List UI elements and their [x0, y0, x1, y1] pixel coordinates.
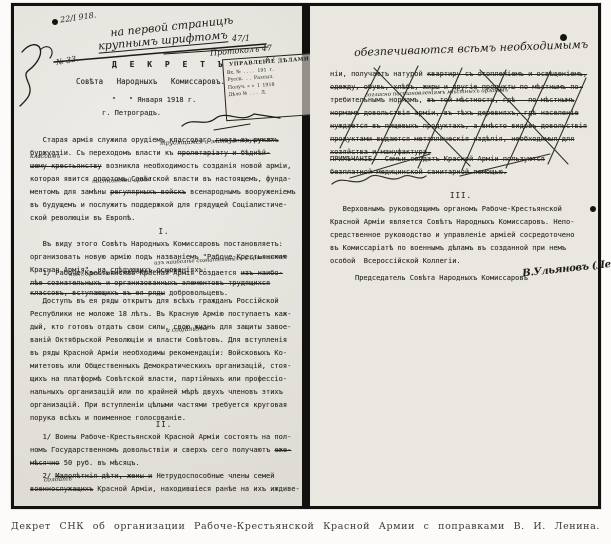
typed-line: военнослужащихъ Красной Арміи, находивші… [30, 483, 298, 496]
handwritten-top-insert: обезпечиваются всѣмъ необходимымъ [354, 38, 588, 59]
typed-line: въ Комиссаріатѣ по военнымъ дѣламъ въ со… [330, 242, 592, 255]
typed-line: ской революціи въ Европѣ. [30, 212, 298, 225]
ink-dot [52, 19, 58, 25]
typed-line: мѣсячно 50 руб. въ мѣсяцъ. [30, 457, 298, 470]
typed-line: митетовъ или Общественныхъ Демократическ… [30, 360, 298, 373]
typed-line: нальныхъ организацій или по крайней мѣрѣ… [30, 386, 298, 399]
typed-line: продуктами выдаются металлическія издѣлі… [330, 133, 592, 146]
archival-photo-page: 22/I 918. на первой страницѣ крупнымъ шр… [0, 0, 611, 544]
typed-line: нуждается въ пищевыхъ продуктахъ, а вмѣс… [330, 120, 592, 133]
decree-issuer: Совѣта Народныхъ Комиссаровъ. [76, 77, 225, 86]
typed-line: дый, кто готовъ отдать свои силы, свою ж… [30, 321, 298, 334]
typed-line: буржуазіи. Съ переходомъ власти къ проле… [30, 147, 298, 160]
typed-line: ПРИМѢЧАНІЕ: Семьи солдатъ Красной Арміи … [330, 153, 592, 166]
typed-line: Красной Арміи является Совѣтъ Народныхъ … [330, 216, 592, 229]
paragraph-allowance: 1/ Воины Рабоче-Крестьянской Красной Арм… [30, 431, 298, 496]
typed-line: которая явится оплотомъ Совѣтской власти… [30, 173, 298, 186]
typed-line: ваній Октябрьской Революціи и власти Сов… [30, 334, 298, 347]
decree-date-line: " " Января 1918 г. [112, 96, 196, 104]
typed-line: 1/ Воины Рабоче-Крестьянской Красной Арм… [30, 431, 298, 444]
handwritten-insert-soldiers: солдатъ [44, 476, 72, 484]
photo-frame: 22/I 918. на первой страницѣ крупнымъ шр… [10, 2, 602, 510]
paragraph-provisions: ніи, получаютъ натурой квартиру съ отопл… [330, 68, 592, 159]
decree-page-2: обезпечиваются всѣмъ необходимымъ ніи, п… [310, 6, 598, 506]
typed-line: щихъ на платформѣ Совѣтской власти, парт… [30, 373, 298, 386]
typed-line: номъ Государственномъ довольствіи и свер… [30, 444, 298, 457]
typed-line: лѣе сознательныхъ и организованныхъ элем… [30, 278, 298, 288]
typed-line: Верховнымъ руководящимъ органомъ Рабоче-… [330, 203, 592, 216]
handwritten-margin-number: № 33. [55, 54, 79, 67]
paragraph-preamble: Старая армія служила орудіемъ классоваго… [30, 134, 298, 225]
paragraph-note: ПРИМѢЧАНІЕ: Семьи солдатъ Красной Арміи … [330, 153, 592, 179]
section-heading-3: III. [330, 191, 592, 200]
paragraph-governance: Верховнымъ руководящимъ органомъ Рабоче-… [330, 203, 592, 268]
typed-line: Доступъ въ ея ряды открытъ для всѣхъ гра… [30, 295, 298, 308]
typed-line: Въ виду этого Совѣтъ Народныхъ Комиссаро… [30, 238, 298, 251]
registry-stamp: УПРАВЛЕНІЕ ДѢЛАМИ Вх. № . . . . 191 г. Р… [222, 53, 320, 121]
typed-line: шему крестьянству возникла необходимость… [30, 160, 298, 173]
section-heading-1: I. [30, 227, 298, 236]
typed-line: въ ряды Красной Арміи необходимы рекомен… [30, 347, 298, 360]
typed-line: нормамъ довольствія арміи, въ тѣхъ дерев… [330, 107, 592, 120]
typed-line: Республики не моложе 18 лѣтъ. Въ Красную… [30, 308, 298, 321]
typed-line: средственное руководство и управленіе ар… [330, 229, 592, 242]
decree-city: г. Петроградъ. [102, 109, 161, 117]
paragraph-admission: Доступъ въ ея ряды открытъ для всѣхъ гра… [30, 295, 298, 425]
typed-line: ментомъ для замѣны регулярныхъ войскъ вс… [30, 186, 298, 199]
photo-caption: Декрет СНК об организации Рабоче-Крестья… [0, 521, 611, 532]
decree-page-1: 22/I 918. на первой страницѣ крупнымъ шр… [14, 6, 302, 506]
handwritten-note-number: 47/1 [232, 34, 250, 43]
typed-line: въ будущемъ и послужитъ поддержкой для г… [30, 199, 298, 212]
section-heading-2: II. [30, 420, 298, 429]
decree-title: Д Е К Р Е Т Ъ [112, 60, 227, 69]
handwritten-paragraph-ref: § 7 [266, 56, 275, 63]
typed-line: ніи, получаютъ натурой квартиру съ отопл… [330, 68, 592, 81]
typed-line: безплатной медицинской санитарной помощь… [330, 166, 592, 179]
handwritten-date: 22/I 918. [60, 11, 97, 25]
typed-line: организацій. При вступленіи цѣлыми частя… [30, 399, 298, 412]
chairman-label: Председатель Совѣта Народныхъ Комиссаров… [355, 274, 528, 282]
handwritten-insert-classes: классамъ [30, 153, 60, 160]
